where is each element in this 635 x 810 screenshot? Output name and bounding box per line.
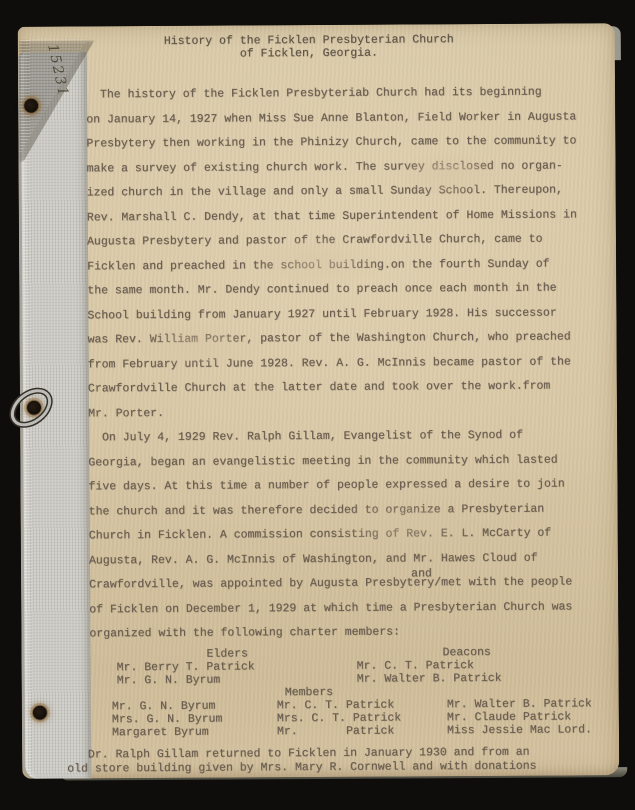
member-cell: Mr. G. N. Byrum xyxy=(112,700,216,714)
paragraph-3: Dr. Ralph Gillam returned to Ficklen in … xyxy=(67,745,612,776)
interline-insertion-word: and xyxy=(411,568,432,579)
member-cell: Margaret Byrum xyxy=(112,726,209,740)
page-sheet: 15231 History of the Ficklen Presbyteria… xyxy=(18,23,620,779)
list-item-elder: Mr. G. N. Byrum xyxy=(117,674,221,688)
document-title-line2: of Ficklen, Georgia. xyxy=(86,46,532,61)
charter-members-list: Elders Deacons Mr. Berry T. Patrick Mr. … xyxy=(89,645,602,743)
member-cell: Mr. Patrick xyxy=(277,725,394,739)
scan-background: 15231 History of the Ficklen Presbyteria… xyxy=(0,0,635,810)
paragraph-1: The history of the Ficklen Presbyteriab … xyxy=(86,80,598,426)
member-cell: Miss Jessie Mac Lord. xyxy=(447,723,592,737)
member-cell: Mr. Walter B. Patrick xyxy=(447,697,592,711)
member-cell: Mrs. G. N. Byrum xyxy=(112,713,222,727)
list-item-deacon: Mr. C. T. Patrick xyxy=(357,659,474,673)
member-cell: Mr. C. T. Patrick xyxy=(277,699,394,713)
binder-hole-bottom xyxy=(33,706,47,720)
paragraph-2-text-a: On July 4, 1929 Rev. Ralph Gillam, Evang… xyxy=(88,429,565,592)
list-item-deacon: Mr. Walter B. Patrick xyxy=(357,672,502,686)
member-cell: Mr. Claude Patrick xyxy=(447,710,571,724)
deacons-heading: Deacons xyxy=(442,646,490,659)
paragraph-2: On July 4, 1929 Rev. Ralph Gillam, Evang… xyxy=(88,423,599,647)
binder-ring xyxy=(2,379,60,437)
member-cell: Mrs. C. T. Patrick xyxy=(277,711,401,725)
elders-heading: Elders xyxy=(206,647,248,660)
binder-hole-top xyxy=(24,99,38,113)
document-title: History of the Ficklen Presbyterian Chur… xyxy=(86,33,598,61)
list-item-elder: Mr. Berry T. Patrick xyxy=(117,660,255,674)
typed-document: History of the Ficklen Presbyterian Chur… xyxy=(86,23,598,26)
members-heading: Members xyxy=(285,686,333,699)
